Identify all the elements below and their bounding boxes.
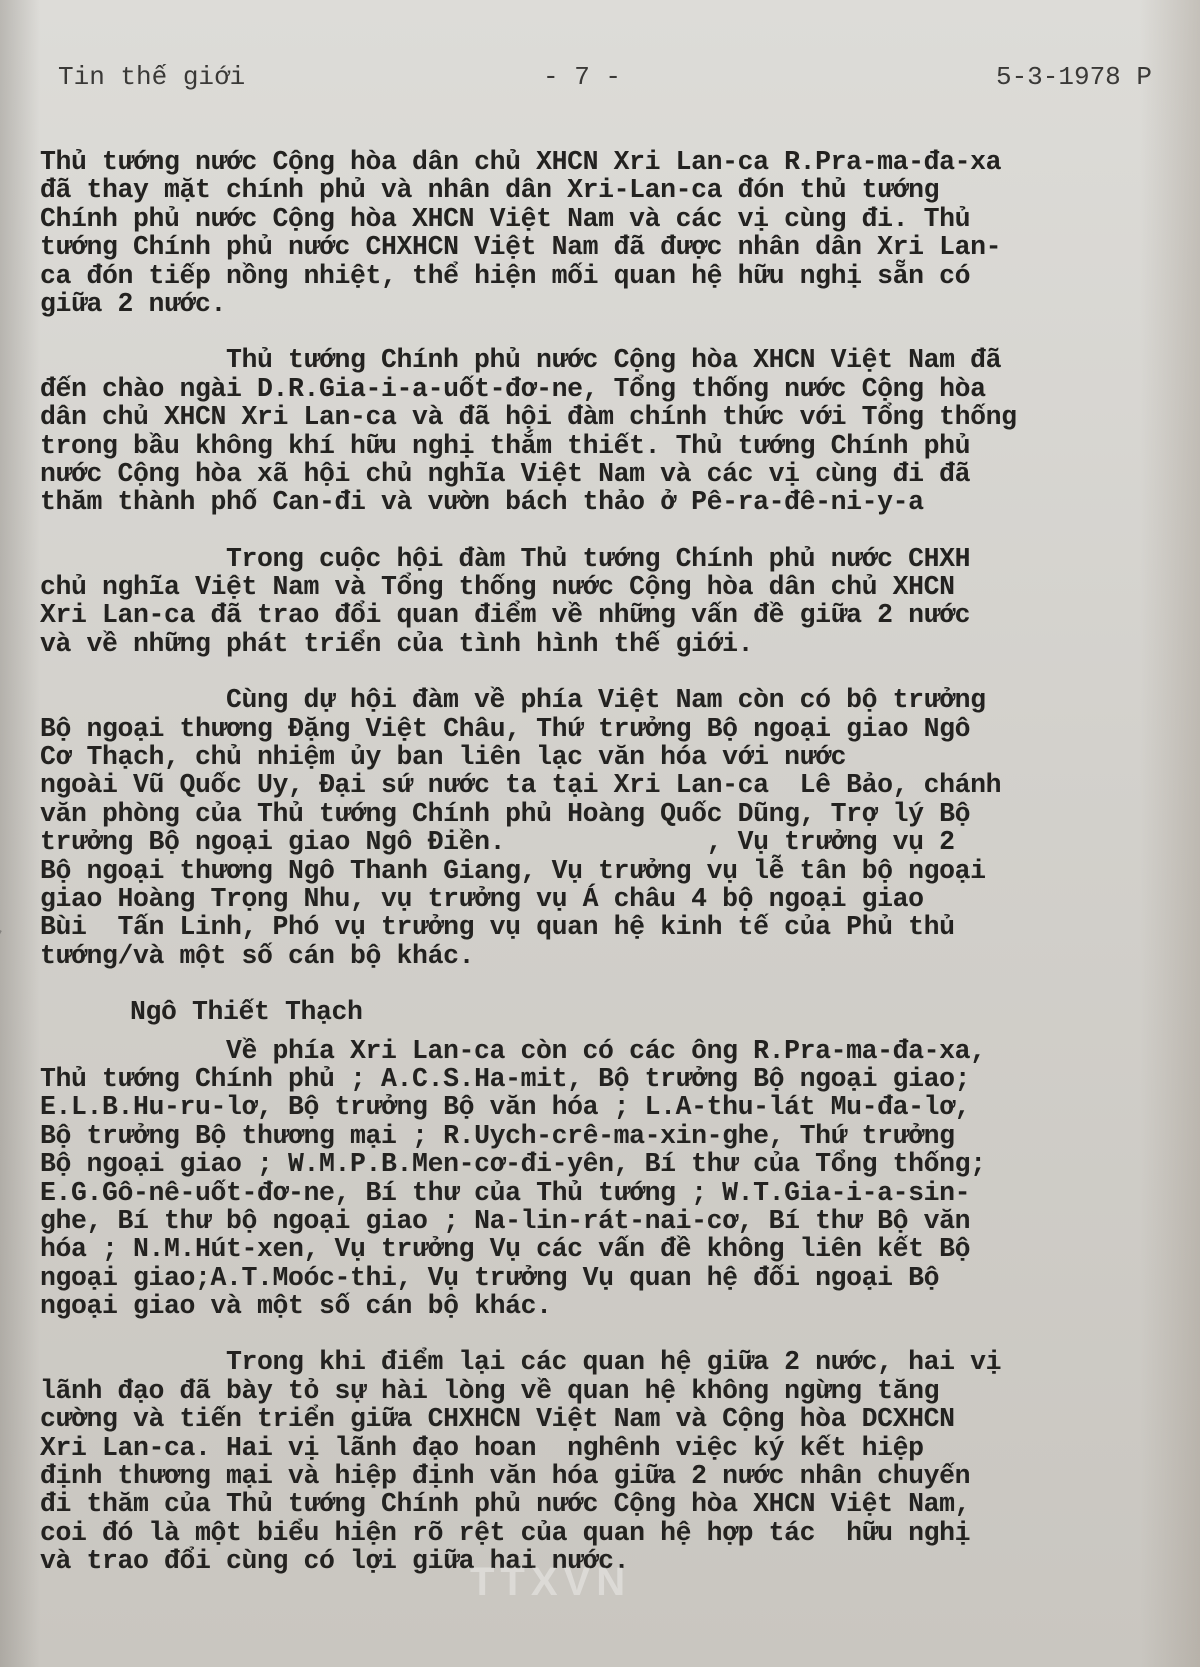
- text-line: Ngô Thiết Thạch: [130, 998, 1170, 1026]
- paragraph: Thủ tướng nước Cộng hòa dân chủ XHCN Xri…: [40, 148, 1170, 318]
- text-line: định thương mại và hiệp định văn hóa giữ…: [40, 1462, 1170, 1490]
- document-page: Tin thế giới - 7 - 5-3-1978 P Thủ tướng …: [0, 0, 1200, 1667]
- text-line: thăm thành phố Can-đi và vườn bách thảo …: [40, 488, 1170, 516]
- text-line: Trong cuộc hội đàm Thủ tướng Chính phủ n…: [40, 545, 1170, 573]
- text-line: Bộ ngoại thương Đặng Việt Châu, Thứ trưở…: [40, 715, 1170, 743]
- paper-crease-mark: [0, 930, 2, 1099]
- watermark: TTXVN: [470, 1560, 631, 1605]
- text-line: ghe, Bí thư bộ ngoại giao ; Na-lin-rát-n…: [40, 1207, 1170, 1235]
- text-line: giao Hoàng Trọng Nhu, vụ trưởng vụ Á châ…: [40, 885, 1170, 913]
- text-line: Cơ Thạch, chủ nhiệm ủy ban liên lạc văn …: [40, 743, 1170, 771]
- page-header: Tin thế giới - 7 - 5-3-1978 P: [58, 62, 1152, 102]
- text-line: văn phòng của Thủ tướng Chính phủ Hoàng …: [40, 800, 1170, 828]
- text-line: ngoại giao và một số cán bộ khác.: [40, 1292, 1170, 1320]
- text-line: coi đó là một biểu hiện rõ rệt của quan …: [40, 1519, 1170, 1547]
- text-line: lãnh đạo đã bày tỏ sự hài lòng về quan h…: [40, 1377, 1170, 1405]
- text-line: ngoài Vũ Quốc Uy, Đại sứ nước ta tại Xri…: [40, 771, 1170, 799]
- text-line: Xri Lan-ca đã trao đổi quan điểm về nhữn…: [40, 601, 1170, 629]
- paragraph: Trong khi điểm lại các quan hệ giữa 2 nư…: [40, 1348, 1170, 1575]
- header-date: 5-3-1978 P: [996, 62, 1152, 92]
- document-body: Thủ tướng nước Cộng hòa dân chủ XHCN Xri…: [40, 148, 1170, 1604]
- text-line: Chính phủ nước Cộng hòa XHCN Việt Nam và…: [40, 205, 1170, 233]
- text-line: cường và tiến triển giữa CHXHCN Việt Nam…: [40, 1405, 1170, 1433]
- text-line: trong bầu không khí hữu nghị thắm thiết.…: [40, 432, 1170, 460]
- text-line: đã thay mặt chính phủ và nhân dân Xri-La…: [40, 176, 1170, 204]
- text-line: E.G.Gô-nê-uốt-đơ-ne, Bí thư của Thủ tướn…: [40, 1179, 1170, 1207]
- text-line: Cùng dự hội đàm về phía Việt Nam còn có …: [40, 686, 1170, 714]
- text-line: ngoại giao;A.T.Moóc-thi, Vụ trưởng Vụ qu…: [40, 1264, 1170, 1292]
- paragraph: Về phía Xri Lan-ca còn có các ông R.Pra-…: [40, 1037, 1170, 1321]
- text-line: Thủ tướng Chính phủ ; A.C.S.Ha-mit, Bộ t…: [40, 1065, 1170, 1093]
- page-number: - 7 -: [543, 62, 621, 92]
- text-line: hóa ; N.M.Hút-xen, Vụ trưởng Vụ các vấn …: [40, 1235, 1170, 1263]
- text-line: Bùi Tấn Linh, Phó vụ trưởng vụ quan hệ k…: [40, 913, 1170, 941]
- text-line: giữa 2 nước.: [40, 290, 1170, 318]
- text-line: Về phía Xri Lan-ca còn có các ông R.Pra-…: [40, 1037, 1170, 1065]
- text-line: Bộ trưởng Bộ thương mại ; R.Uych-crê-ma-…: [40, 1122, 1170, 1150]
- text-line: Xri Lan-ca. Hai vị lãnh đạo hoan nghênh …: [40, 1434, 1170, 1462]
- header-section-title: Tin thế giới: [58, 62, 245, 92]
- paragraph: Trong cuộc hội đàm Thủ tướng Chính phủ n…: [40, 545, 1170, 659]
- text-line: và về những phát triển của tình hình thế…: [40, 630, 1170, 658]
- text-line: Trong khi điểm lại các quan hệ giữa 2 nư…: [40, 1348, 1170, 1376]
- text-line: trưởng Bộ ngoại giao Ngô Điền. , Vụ trưở…: [40, 828, 1170, 856]
- text-line: Bộ ngoại thương Ngô Thanh Giang, Vụ trưở…: [40, 857, 1170, 885]
- text-line: đến chào ngài D.R.Gia-i-a-uốt-đơ-ne, Tổn…: [40, 375, 1170, 403]
- text-line: Bộ ngoại giao ; W.M.P.B.Men-cơ-đi-yên, B…: [40, 1150, 1170, 1178]
- text-line: dân chủ XHCN Xri Lan-ca và đã hội đàm ch…: [40, 403, 1170, 431]
- text-line: chủ nghĩa Việt Nam và Tổng thống nước Cộ…: [40, 573, 1170, 601]
- text-line: Thủ tướng nước Cộng hòa dân chủ XHCN Xri…: [40, 148, 1170, 176]
- paragraph: Thủ tướng Chính phủ nước Cộng hòa XHCN V…: [40, 346, 1170, 516]
- text-line: ca đón tiếp nồng nhiệt, thể hiện mối qua…: [40, 262, 1170, 290]
- text-line: tướng/và một số cán bộ khác.: [40, 942, 1170, 970]
- text-line: E.L.B.Hu-ru-lơ, Bộ trưởng Bộ văn hóa ; L…: [40, 1093, 1170, 1121]
- signature-name: Ngô Thiết Thạch: [40, 998, 1170, 1026]
- paragraph: Cùng dự hội đàm về phía Việt Nam còn có …: [40, 686, 1170, 970]
- text-line: Thủ tướng Chính phủ nước Cộng hòa XHCN V…: [40, 346, 1170, 374]
- text-line: nước Cộng hòa xã hội chủ nghĩa Việt Nam …: [40, 460, 1170, 488]
- text-line: tướng Chính phủ nước CHXHCN Việt Nam đã …: [40, 233, 1170, 261]
- text-line: đi thăm của Thủ tướng Chính phủ nước Cộn…: [40, 1490, 1170, 1518]
